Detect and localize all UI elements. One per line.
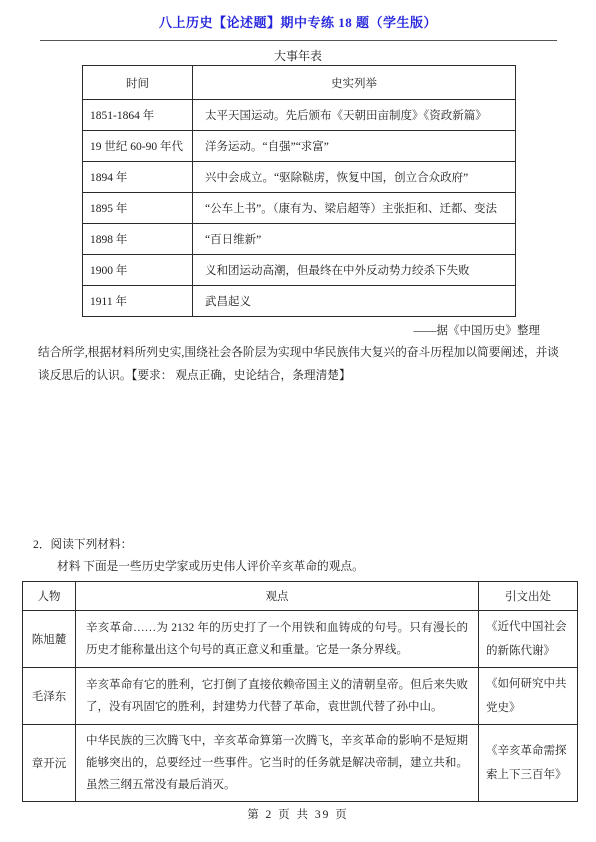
events-table-title: 大事年表 xyxy=(0,47,596,64)
time-cell: 1898 年 xyxy=(83,224,193,255)
person-cell: 章开沅 xyxy=(23,725,76,802)
viewpoint-cell: 辛亥革命……为 2132 年的历史打了一个用铁和血铸成的句号。只有漫长的历史才能… xyxy=(76,611,479,668)
material-intro: 材料 下面是一些历史学家或历史伟人评价辛亥革命的观点。 xyxy=(57,558,577,574)
time-cell: 1851-1864 年 xyxy=(83,100,193,131)
page-number-footer: 第 2 页 共 39 页 xyxy=(0,806,596,822)
table-row: 1851-1864 年 太平天国运动。先后颁布《天朝田亩制度》《资政新篇》 xyxy=(83,100,516,131)
event-cell: “百日维新” xyxy=(193,224,516,255)
events-table: 时间 史实列举 1851-1864 年 太平天国运动。先后颁布《天朝田亩制度》《… xyxy=(82,65,516,317)
table-row: 1900 年 义和团运动高潮，但最终在中外反动势力绞杀下失败 xyxy=(83,255,516,286)
page-title: 八上历史【论述题】期中专练 18 题（学生版） xyxy=(0,12,596,31)
event-cell: “公车上书”。（康有为、梁启超等）主张拒和、迁都、变法 xyxy=(193,193,516,224)
event-cell: 洋务运动。“自强”“求富” xyxy=(193,131,516,162)
table-row: 毛泽东 辛亥革命有它的胜利，它打倒了直接依赖帝国主义的清朝皇帝。但后来失败了，没… xyxy=(23,668,578,725)
source-attribution: ——据《中国历史》整理 xyxy=(0,322,540,338)
time-cell: 19 世纪 60-90 年代 xyxy=(83,131,193,162)
time-cell: 1900 年 xyxy=(83,255,193,286)
viewpoint-cell: 中华民族的三次腾飞中，辛亥革命算第一次腾飞，辛亥革命的影响不是短期能够突出的，总… xyxy=(76,725,479,802)
event-cell: 武昌起义 xyxy=(193,286,516,317)
column-header-facts: 史实列举 xyxy=(193,66,516,100)
viewpoints-table: 人物 观点 引文出处 陈旭麓 辛亥革命……为 2132 年的历史打了一个用铁和血… xyxy=(22,581,578,802)
table-row: 1895 年 “公车上书”。（康有为、梁启超等）主张拒和、迁都、变法 xyxy=(83,193,516,224)
table-row: 1898 年 “百日维新” xyxy=(83,224,516,255)
table-row: 陈旭麓 辛亥革命……为 2132 年的历史打了一个用铁和血铸成的句号。只有漫长的… xyxy=(23,611,578,668)
column-header-viewpoint: 观点 xyxy=(76,582,479,611)
citation-cell: 《如何研究中共党史》 xyxy=(479,668,578,725)
table-header-row: 时间 史实列举 xyxy=(83,66,516,100)
table-row: 19 世纪 60-90 年代 洋务运动。“自强”“求富” xyxy=(83,131,516,162)
time-cell: 1911 年 xyxy=(83,286,193,317)
table-row: 1894 年 兴中会成立。“驱除鞑虏，恢复中国，创立合众政府” xyxy=(83,162,516,193)
document-page: 八上历史【论述题】期中专练 18 题（学生版） 大事年表 时间 史实列举 185… xyxy=(0,0,596,842)
column-header-citation: 引文出处 xyxy=(479,582,578,611)
question2-heading: 2．阅读下列材料： xyxy=(33,536,573,552)
question-paragraph: 结合所学,根据材料所列史实,围绕社会各阶层为实现中华民族伟大复兴的奋斗历程加以简… xyxy=(38,341,559,387)
table-header-row: 人物 观点 引文出处 xyxy=(23,582,578,611)
time-cell: 1895 年 xyxy=(83,193,193,224)
citation-cell: 《近代中国社会的新陈代谢》 xyxy=(479,611,578,668)
viewpoint-cell: 辛亥革命有它的胜利，它打倒了直接依赖帝国主义的清朝皇帝。但后来失败了，没有巩固它… xyxy=(76,668,479,725)
column-header-time: 时间 xyxy=(83,66,193,100)
time-cell: 1894 年 xyxy=(83,162,193,193)
citation-cell: 《辛亥革命需探索上下三百年》 xyxy=(479,725,578,802)
event-cell: 太平天国运动。先后颁布《天朝田亩制度》《资政新篇》 xyxy=(193,100,516,131)
table-row: 1911 年 武昌起义 xyxy=(83,286,516,317)
event-cell: 义和团运动高潮，但最终在中外反动势力绞杀下失败 xyxy=(193,255,516,286)
person-cell: 陈旭麓 xyxy=(23,611,76,668)
column-header-person: 人物 xyxy=(23,582,76,611)
header-divider xyxy=(40,40,557,41)
table-row: 章开沅 中华民族的三次腾飞中，辛亥革命算第一次腾飞，辛亥革命的影响不是短期能够突… xyxy=(23,725,578,802)
event-cell: 兴中会成立。“驱除鞑虏，恢复中国，创立合众政府” xyxy=(193,162,516,193)
person-cell: 毛泽东 xyxy=(23,668,76,725)
